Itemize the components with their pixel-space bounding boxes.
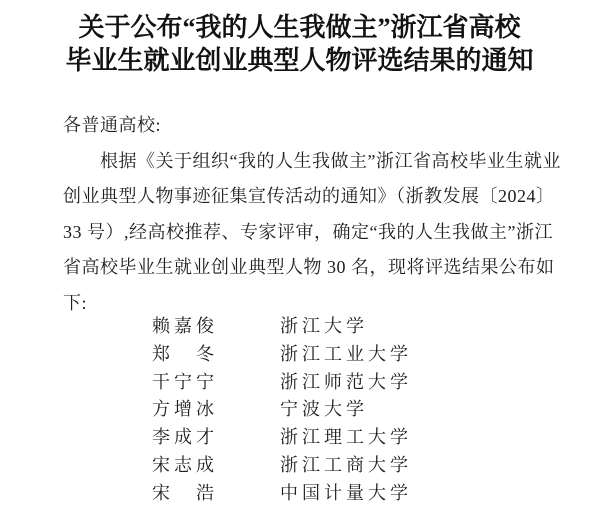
awardee-row: 方增冰 宁波大学: [152, 396, 412, 424]
awardee-university: 宁波大学: [280, 396, 368, 424]
awardee-university: 浙江工业大学: [280, 341, 412, 369]
awardee-row: 赖嘉俊 浙江大学: [152, 313, 412, 341]
awardee-university: 浙江大学: [280, 313, 368, 341]
paragraph-line: 根据《关于组织“我的人生我做主”浙江省高校毕业生就业: [63, 144, 559, 180]
notice-title-line-2: 毕业生就业创业典型人物评选结果的通知: [0, 44, 599, 77]
awardee-name: 宋志成: [152, 452, 280, 480]
notice-title: 关于公布“我的人生我做主”浙江省高校 毕业生就业创业典型人物评选结果的通知: [0, 11, 599, 77]
paragraph-line: 省高校毕业生就业创业典型人物 30 名，现将评选结果公布如: [63, 250, 559, 286]
awardee-list: 赖嘉俊 浙江大学 郑 冬 浙江工业大学 干宁宁 浙江师范大学 方增冰 宁波大学 …: [152, 313, 412, 508]
awardee-row: 干宁宁 浙江师范大学: [152, 369, 412, 397]
salutation: 各普通高校:: [63, 108, 559, 144]
paragraph-line: 33 号）,经高校推荐、专家评审，确定“我的人生我做主”浙江: [63, 215, 559, 251]
awardee-name: 干宁宁: [152, 369, 280, 397]
notice-title-line-1: 关于公布“我的人生我做主”浙江省高校: [0, 11, 599, 44]
awardee-row: 宋 浩 中国计量大学: [152, 480, 412, 508]
awardee-row: 宋志成 浙江工商大学: [152, 452, 412, 480]
notice-document-page: 关于公布“我的人生我做主”浙江省高校 毕业生就业创业典型人物评选结果的通知 各普…: [0, 0, 599, 527]
awardee-name: 宋 浩: [152, 480, 280, 508]
awardee-name: 李成才: [152, 424, 280, 452]
awardee-university: 浙江工商大学: [280, 452, 412, 480]
notice-body: 各普通高校: 根据《关于组织“我的人生我做主”浙江省高校毕业生就业 创业典型人物…: [63, 108, 559, 321]
awardee-university: 浙江理工大学: [280, 424, 412, 452]
awardee-row: 郑 冬 浙江工业大学: [152, 341, 412, 369]
awardee-university: 浙江师范大学: [280, 369, 412, 397]
awardee-name: 方增冰: [152, 396, 280, 424]
awardee-name: 郑 冬: [152, 341, 280, 369]
awardee-name: 赖嘉俊: [152, 313, 280, 341]
awardee-row: 李成才 浙江理工大学: [152, 424, 412, 452]
awardee-university: 中国计量大学: [280, 480, 412, 508]
paragraph-line: 创业典型人物事迹征集宣传活动的通知》（浙教发展〔2024〕: [63, 179, 559, 215]
